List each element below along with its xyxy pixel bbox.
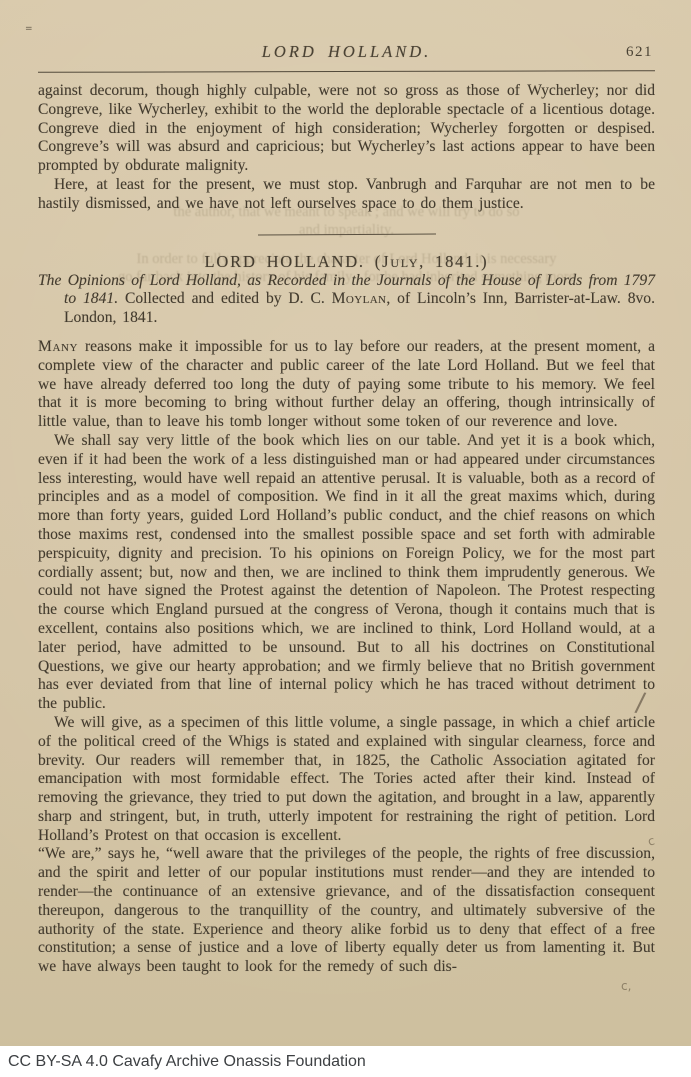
pencil-c-mark: c,: [621, 979, 631, 993]
article-paragraph-2: We shall say very little of the book whi…: [38, 432, 655, 714]
citation-editor-prefix: Collected and edited by D. C.: [118, 290, 332, 307]
paragraph-lead-word: Many: [38, 338, 78, 355]
page-body: LORD HOLLAND. 621 against decorum, thoug…: [38, 0, 655, 977]
running-header: LORD HOLLAND. 621: [38, 42, 655, 62]
page-text: against decorum, though highly culpable,…: [38, 82, 655, 977]
intro-paragraph-2: Here, at least for the present, we must …: [38, 176, 655, 214]
article-heading: LORD HOLLAND. (July, 1841.): [38, 252, 655, 272]
running-title: LORD HOLLAND.: [262, 42, 432, 61]
paragraph-text: reasons make it impossible for us to lay…: [38, 338, 655, 430]
article-heading-date: (July, 1841.): [375, 252, 489, 271]
article-paragraph-1: Many reasons make it impossible for us t…: [38, 338, 655, 432]
article-heading-title: LORD HOLLAND.: [205, 252, 365, 271]
quote-block: “We are,” says he, “well aware that the …: [38, 845, 655, 977]
intro-paragraph-1: against decorum, though highly culpable,…: [38, 82, 655, 176]
citation-editor-name: Moylan: [332, 290, 387, 307]
section-divider: [257, 233, 435, 235]
pencil-mark: =: [25, 24, 32, 34]
article-citation: The Opinions of Lord Holland, as Recorde…: [38, 272, 655, 328]
license-bar: CC BY-SA 4.0 Cavafy Archive Onassis Foun…: [0, 1046, 691, 1077]
article-paragraph-3: We will give, as a specimen of this litt…: [38, 714, 655, 846]
header-rule: [38, 70, 655, 73]
license-text: CC BY-SA 4.0 Cavafy Archive Onassis Foun…: [8, 1053, 366, 1071]
page-number: 621: [626, 44, 653, 61]
book-page-scan: the author, that we meant to speak ; and…: [0, 0, 691, 1077]
